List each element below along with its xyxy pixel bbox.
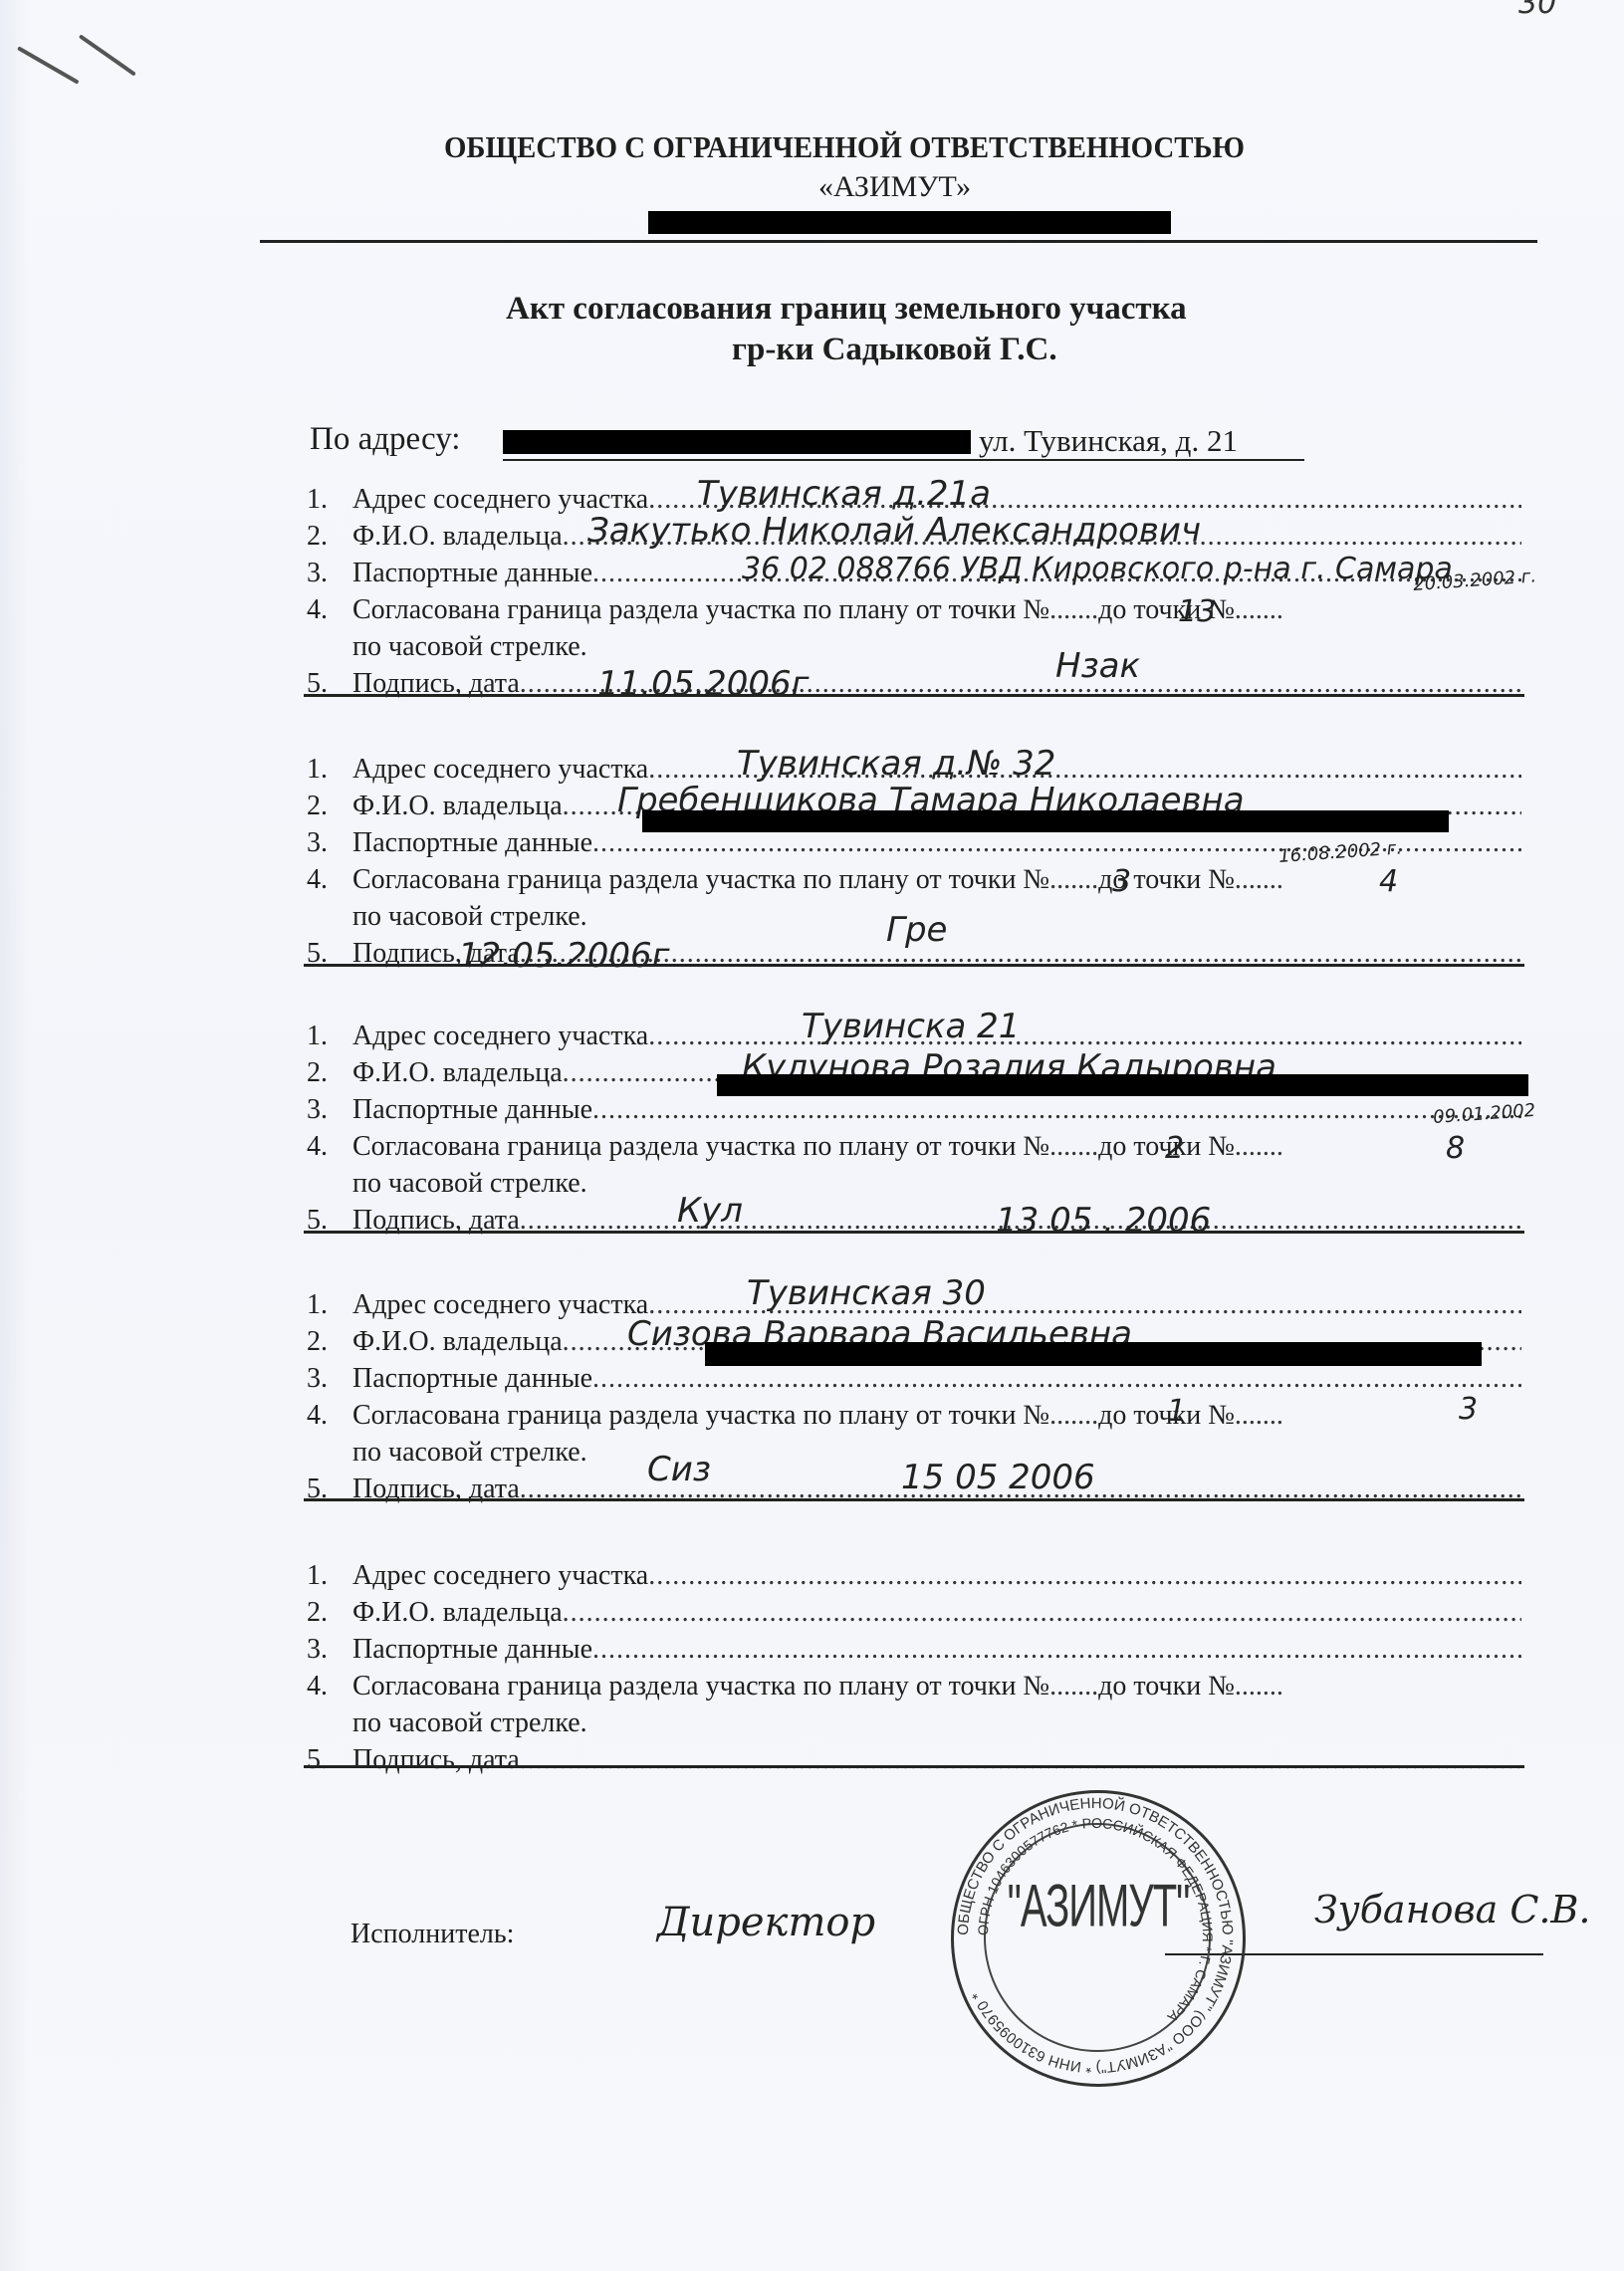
- section-separator: [304, 1498, 1524, 1501]
- clockwise-note: по часовой стрелке.: [352, 631, 587, 663]
- redacted-passport-data: [705, 1342, 1482, 1366]
- field-label: Согласована граница раздела участка по п…: [352, 1400, 1049, 1432]
- fill-dots: .......: [1235, 864, 1283, 896]
- section-separator: [304, 1231, 1524, 1234]
- signature-date-field: 5.Подпись, дата ........................…: [307, 1744, 1521, 1776]
- handwritten-to-point: 8: [1446, 1131, 1465, 1166]
- passport-field: 3.Паспортные данные ....................…: [307, 1634, 1521, 1666]
- executor-name-signature: Зубанова С.В.: [1314, 1888, 1591, 1931]
- redacted-org-address: [648, 211, 1171, 234]
- redacted-address-part: [503, 430, 971, 454]
- boundary-field: 4.Согласована граница раздела участка по…: [307, 1400, 1521, 1432]
- item-number: 1.: [307, 1289, 352, 1321]
- item-number: 2.: [307, 521, 352, 553]
- fill-dots: ........................................…: [563, 1597, 1521, 1629]
- field-label: Ф.И.О. владельца: [352, 1057, 563, 1089]
- address-underline: [503, 459, 1304, 461]
- field-label: Паспортные данные: [352, 1634, 592, 1666]
- section-separator: [304, 694, 1524, 697]
- organization-type: ОБЩЕСТВО С ОГРАНИЧЕННОЙ ОТВЕТСТВЕННОСТЬЮ: [444, 129, 1245, 165]
- fill-dots: .......: [1049, 1131, 1098, 1163]
- clockwise-note: по часовой стрелке.: [352, 1437, 587, 1469]
- field-label: до точки №: [1098, 1671, 1235, 1703]
- handwritten-from-point: 2: [1165, 1131, 1184, 1166]
- field-label: Адрес соседнего участка: [352, 754, 648, 786]
- boundary-field: 4.Согласована граница раздела участка по…: [307, 864, 1521, 896]
- handwritten-from-point: 13: [1178, 594, 1216, 629]
- fill-dots: ........................................…: [520, 1744, 1521, 1776]
- field-label: Паспортные данные: [352, 558, 592, 589]
- document-subtitle: гр-ки Садыковой Г.С.: [732, 332, 1057, 368]
- boundary-field: 4.Согласована граница раздела участка по…: [307, 1671, 1521, 1703]
- fill-dots: .......: [1049, 1400, 1098, 1432]
- field-label: Ф.И.О. владельца: [352, 1597, 563, 1629]
- handwritten-from-point: 3: [1112, 864, 1131, 899]
- address-value: ул. Тувинская, д. 21: [979, 423, 1238, 459]
- page-number: 30: [1518, 0, 1556, 21]
- item-number: 2.: [307, 1597, 352, 1629]
- field-label: Адрес соседнего участка: [352, 1560, 648, 1592]
- redacted-passport-data: [642, 810, 1449, 832]
- fill-dots: .......: [1049, 1671, 1098, 1703]
- field-label: Согласована граница раздела участка по п…: [352, 1671, 1049, 1703]
- address-label: По адресу:: [310, 421, 460, 458]
- item-number: 3.: [307, 1634, 352, 1666]
- handwritten-signature: Сиз: [647, 1450, 711, 1489]
- handwritten-passport: 36 02 088766 УВД Кировского р-на г. Сама…: [742, 552, 1453, 586]
- fill-dots: .......: [1049, 594, 1098, 626]
- handwritten-owner-name: Закутько Николай Александрович: [587, 511, 1201, 551]
- fill-dots: ........................................…: [648, 1560, 1521, 1592]
- item-number: 3.: [307, 558, 352, 589]
- fill-dots: ........................................…: [592, 1094, 1521, 1126]
- section-separator: [304, 1765, 1524, 1768]
- clockwise-note: по часовой стрелке.: [352, 901, 587, 933]
- field-label: Паспортные данные: [352, 1094, 592, 1126]
- executor-label: Исполнитель:: [350, 1919, 514, 1950]
- item-number: 5.: [307, 1744, 352, 1776]
- fill-dots: .......: [1235, 594, 1283, 626]
- owner-name-field: 2.Ф.И.О. владельца .....................…: [307, 1597, 1521, 1629]
- item-number: 4.: [307, 594, 352, 626]
- stamp-center-text: "АЗИМУТ": [954, 1874, 1243, 1941]
- item-number: 1.: [307, 1021, 352, 1052]
- handwritten-to-point: 4: [1379, 864, 1398, 899]
- boundary-field: 4.Согласована граница раздела участка по…: [307, 1131, 1521, 1163]
- field-label: Согласована граница раздела участка по п…: [352, 1131, 1049, 1163]
- item-number: 1.: [307, 1560, 352, 1592]
- fill-dots: .......: [1049, 864, 1098, 896]
- item-number: 4.: [307, 864, 352, 896]
- company-stamp: ОБЩЕСТВО С ОГРАНИЧЕННОЙ ОТВЕТСТВЕННОСТЬЮ…: [951, 1790, 1246, 2087]
- field-label: Подпись, дата: [352, 1744, 520, 1776]
- handwritten-date: 13 05 . 2006: [996, 1201, 1211, 1241]
- fill-dots: .......: [1235, 1400, 1283, 1432]
- header-rule: [260, 240, 1537, 243]
- handwritten-neighbor-address: Тувинска 21: [802, 1007, 1020, 1046]
- item-number: 2.: [307, 791, 352, 822]
- item-number: 1.: [307, 484, 352, 516]
- field-label: Согласована граница раздела участка по п…: [352, 864, 1049, 896]
- handwritten-signature: Кул: [677, 1191, 743, 1231]
- handwritten-signature: Нзак: [1055, 646, 1140, 686]
- handwritten-date: 12.05.2006г: [458, 936, 670, 976]
- item-number: 4.: [307, 1671, 352, 1703]
- handwritten-date: 15 05 2006: [901, 1458, 1095, 1497]
- field-label: Паспортные данные: [352, 1363, 592, 1395]
- handwritten-to-point: 3: [1459, 1392, 1478, 1427]
- handwritten-neighbor-address: Тувинская д.21а: [697, 474, 991, 514]
- handwritten-from-point: 1: [1167, 1394, 1186, 1429]
- item-number: 3.: [307, 1363, 352, 1395]
- boundary-field: 4.Согласована граница раздела участка по…: [307, 594, 1521, 626]
- organization-name: «АЗИМУТ»: [818, 170, 971, 204]
- item-number: 2.: [307, 1326, 352, 1358]
- passport-field: 3.Паспортные данные ....................…: [307, 1363, 1521, 1395]
- item-number: 1.: [307, 754, 352, 786]
- fill-dots: ........................................…: [592, 1363, 1521, 1395]
- item-number: 4.: [307, 1131, 352, 1163]
- fill-dots: .......: [1235, 1671, 1283, 1703]
- clockwise-note: по часовой стрелке.: [352, 1168, 587, 1200]
- handwritten-date: 11.05.2006г: [597, 664, 810, 704]
- item-number: 4.: [307, 1400, 352, 1432]
- neighbor-address-field: 1.Адрес соседнего участка ..............…: [307, 1560, 1521, 1592]
- fill-dots: ........................................…: [592, 1634, 1521, 1666]
- item-number: 3.: [307, 1094, 352, 1126]
- redacted-passport-data: [717, 1074, 1528, 1096]
- handwritten-signature: Гре: [886, 910, 947, 950]
- field-label: Паспортные данные: [352, 827, 592, 859]
- field-label: Адрес соседнего участка: [352, 1021, 648, 1052]
- field-label: Согласована граница раздела участка по п…: [352, 594, 1049, 626]
- handwritten-neighbor-address: Тувинская 30: [747, 1273, 986, 1313]
- clockwise-note: по часовой стрелке.: [352, 1707, 587, 1739]
- item-number: 2.: [307, 1057, 352, 1089]
- field-label: Ф.И.О. владельца: [352, 521, 563, 553]
- executor-position-signature: Директор: [657, 1900, 875, 1945]
- handwritten-neighbor-address: Тувинская д.№ 32: [737, 744, 1055, 784]
- field-label: Ф.И.О. владельца: [352, 1326, 563, 1358]
- item-number: 3.: [307, 827, 352, 859]
- field-label: Адрес соседнего участка: [352, 1289, 648, 1321]
- fill-dots: .......: [1235, 1131, 1283, 1163]
- field-label: Ф.И.О. владельца: [352, 791, 563, 822]
- document-title: Акт согласования границ земельного участ…: [506, 291, 1187, 328]
- passport-field: 3.Паспортные данные ....................…: [307, 1094, 1521, 1126]
